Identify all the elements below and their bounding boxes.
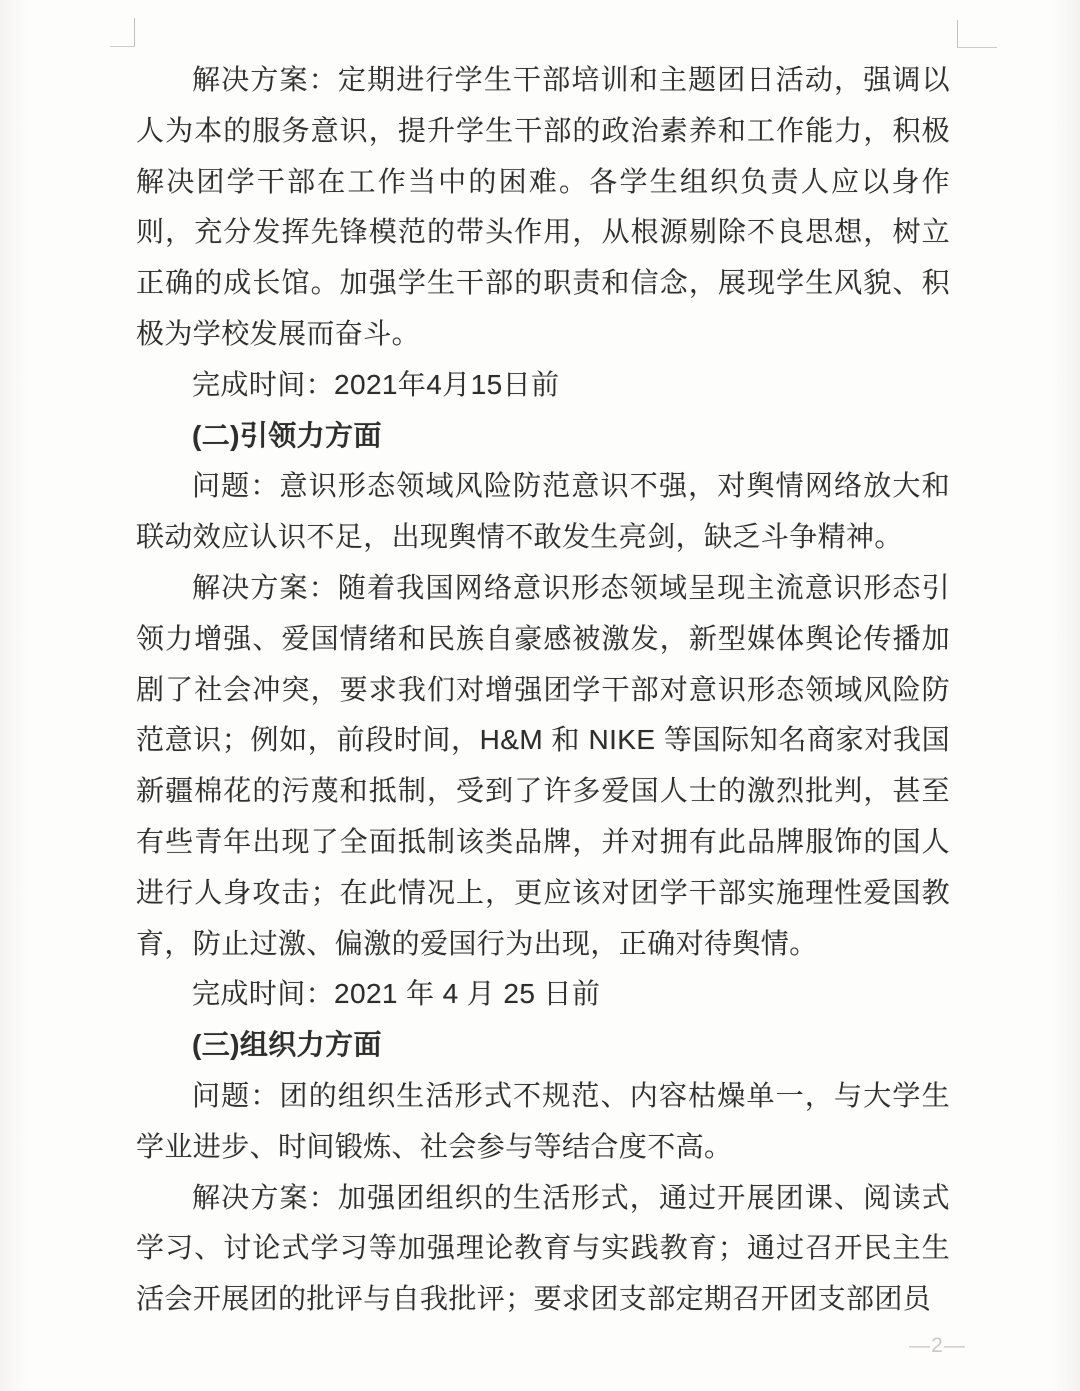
paragraph-problem-ideology: 问题：意识形态领域风险防范意识不强，对舆情网络放大和联动效应认识不足，出现舆情不… (136, 461, 950, 563)
paragraph-solution-ideology: 解决方案：随着我国网络意识形态领域呈现主流意识形态引领力增强、爱国情绪和民族自豪… (136, 563, 950, 969)
page-number: —2— (890, 1334, 985, 1358)
document-page: 解决方案：定期进行学生干部培训和主题团日活动，强调以人为本的服务意识，提升学生干… (0, 0, 1080, 1391)
paragraph-deadline-april-25: 完成时间：2021 年 4 月 25 日前 (136, 969, 950, 1020)
margin-corner-mark-left (110, 18, 135, 47)
paragraph-solution-organization: 解决方案：加强团组织的生活形式，通过开展团课、阅读式学习、讨论式学习等加强理论教… (136, 1173, 950, 1325)
paragraph-solution-service-awareness: 解决方案：定期进行学生干部培训和主题团日活动，强调以人为本的服务意识，提升学生干… (136, 55, 950, 360)
paragraph-deadline-april-15: 完成时间：2021年4月15日前 (136, 360, 950, 411)
document-body: 解决方案：定期进行学生干部培训和主题团日活动，强调以人为本的服务意识，提升学生干… (136, 55, 950, 1325)
heading-section-3-organization-aspect: (三)组织力方面 (136, 1020, 950, 1071)
margin-corner-mark-right (957, 20, 997, 48)
paragraph-problem-organization: 问题：团的组织生活形式不规范、内容枯燥单一，与大学生学业进步、时间锻炼、社会参与… (136, 1071, 950, 1173)
heading-section-2-leadership-aspect: (二)引领力方面 (136, 411, 950, 462)
